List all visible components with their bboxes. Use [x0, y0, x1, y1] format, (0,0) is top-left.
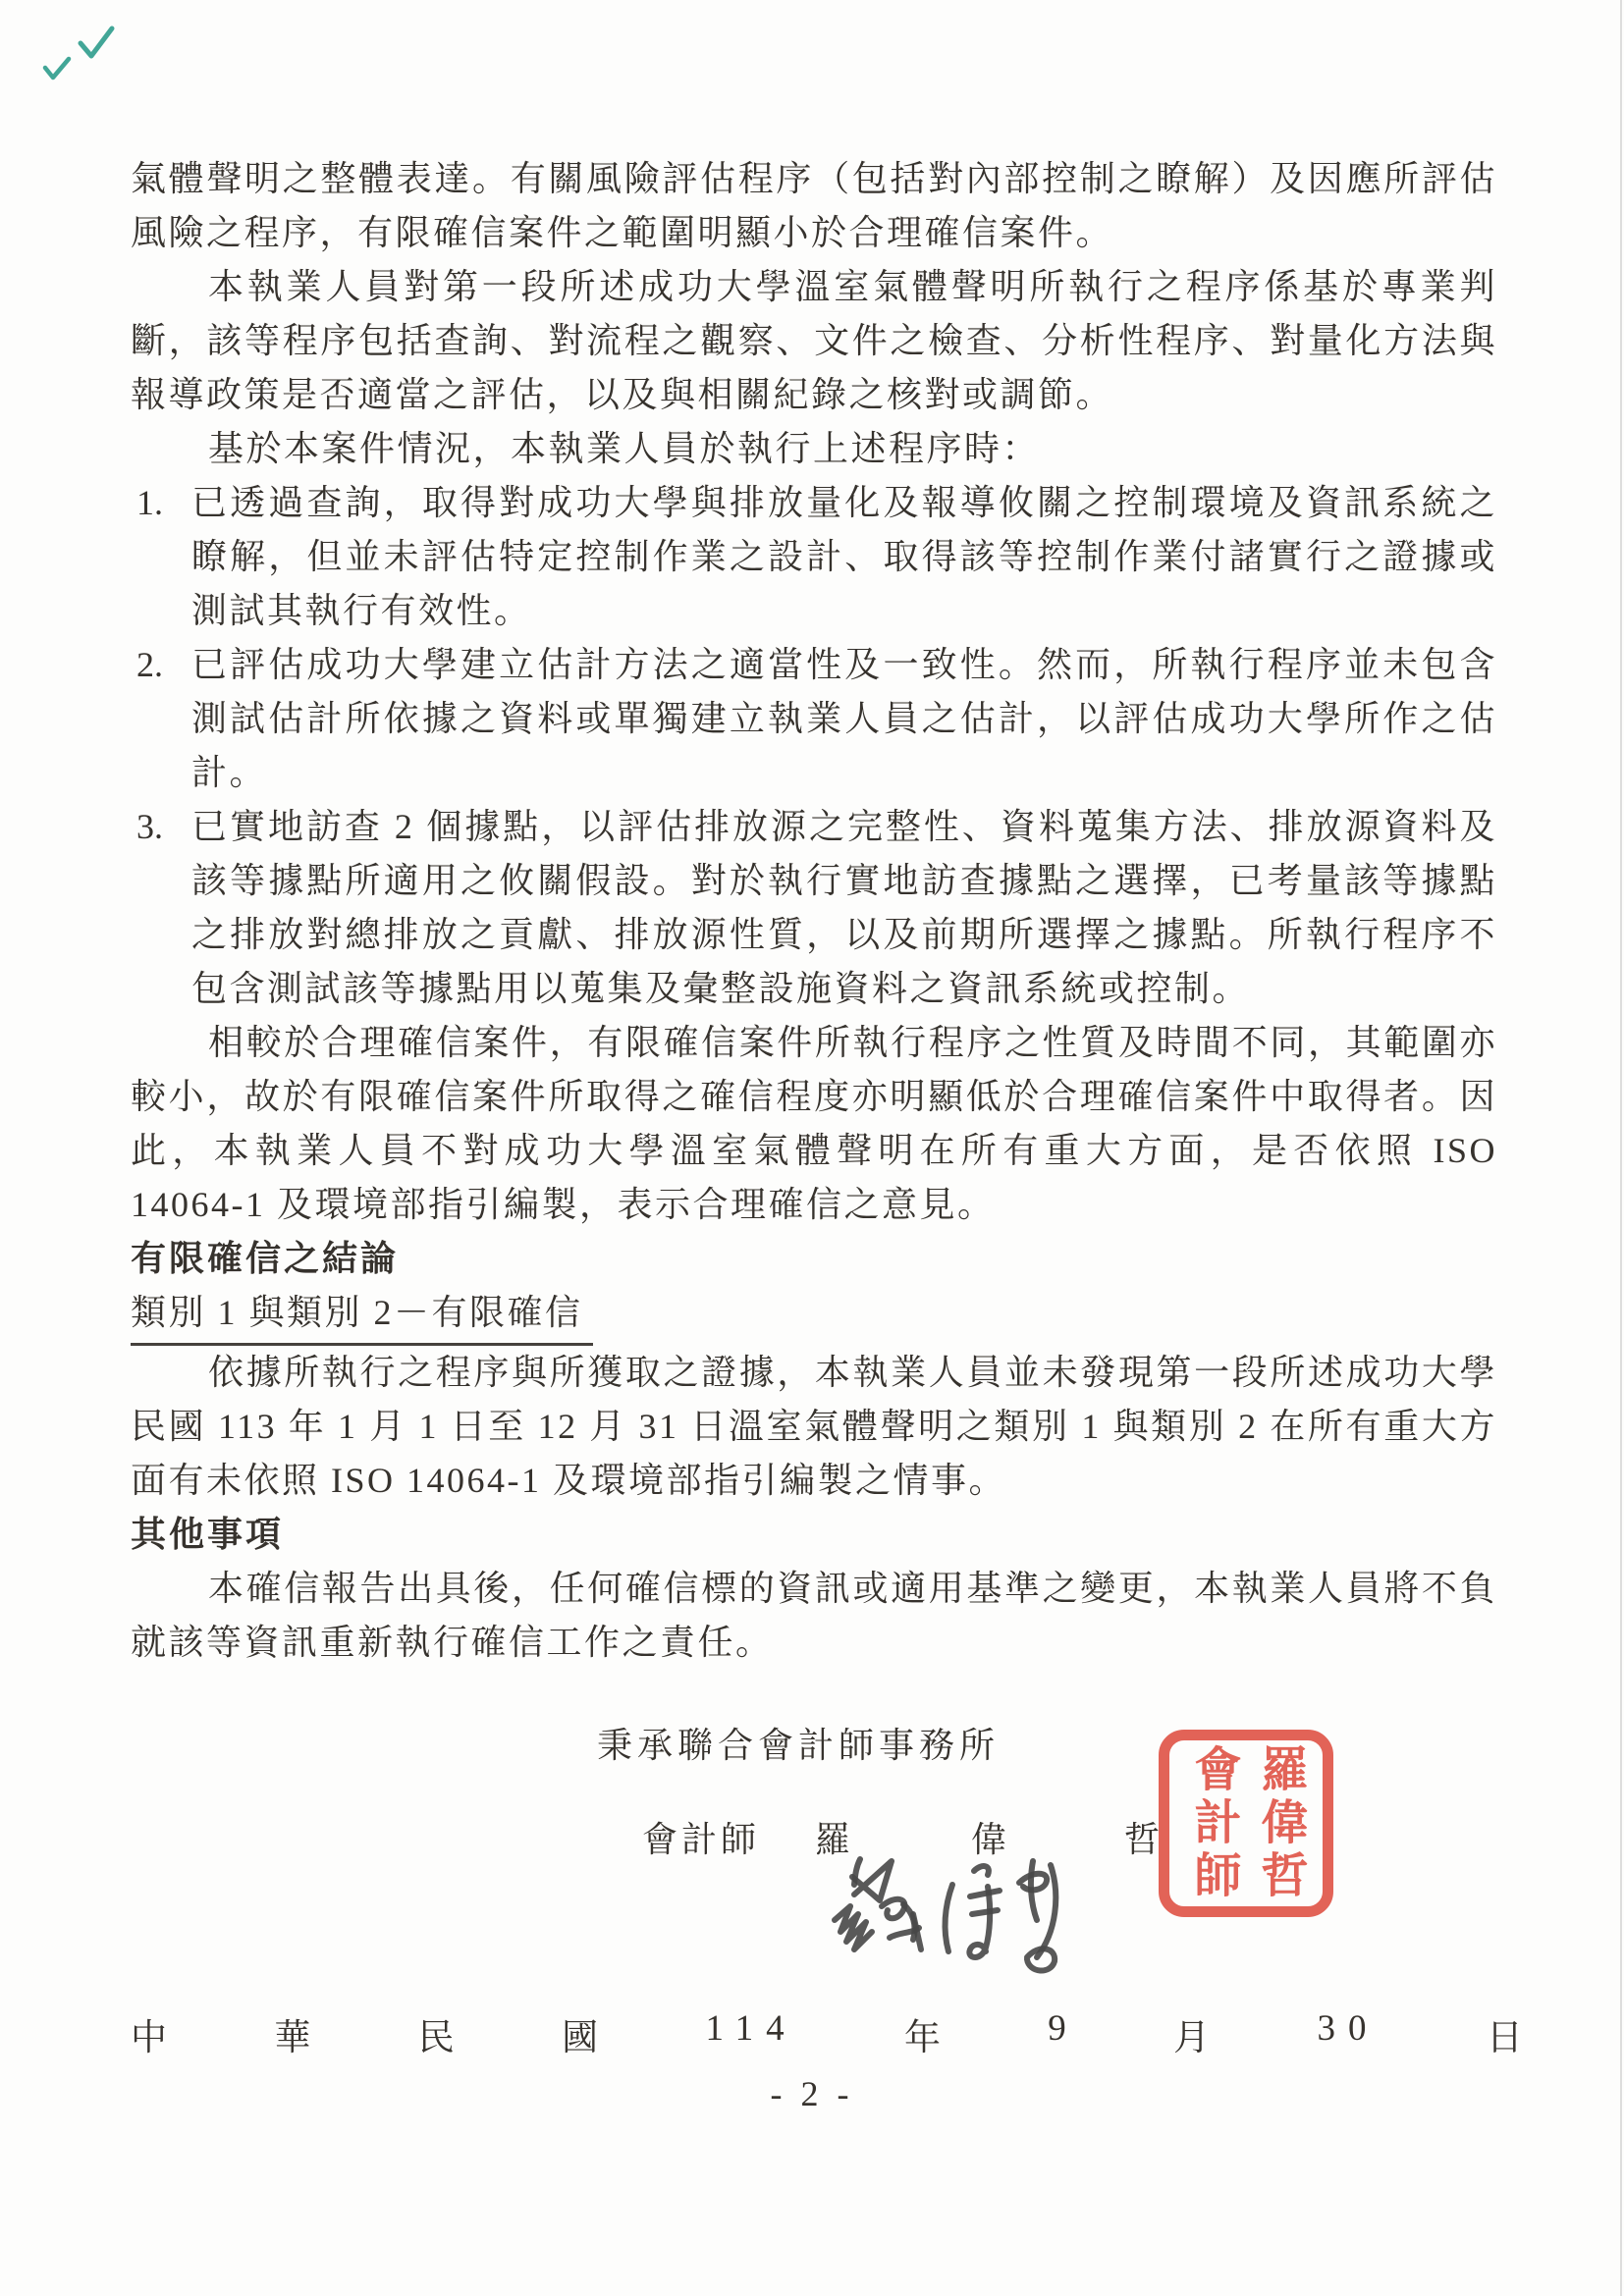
paragraph-other-matters: 本確信報告出具後，任何確信標的資訊或適用基準之變更，本執業人員將不負就該等資訊重… — [131, 1562, 1497, 1670]
document-page: 氣體聲明之整體表達。有關風險評估程序（包括對內部控制之瞭解）及因應所評估風險之程… — [0, 0, 1624, 2296]
paragraph-procedures-basis: 本執業人員對第一段所述成功大學溫室氣體聲明所執行之程序係基於專業判斷，該等程序包… — [131, 260, 1497, 422]
list-marker: 3. — [136, 800, 163, 854]
list-item: 2. 已評估成功大學建立估計方法之適當性及一致性。然而，所執行程序並未包含測試估… — [131, 638, 1497, 800]
handwritten-signature — [827, 1855, 1072, 1978]
page-number: - 2 - — [0, 2073, 1624, 2114]
cpa-name-char: 哲 — [1124, 1820, 1160, 1859]
scan-edge-artifact — [1620, 0, 1622, 2296]
list-item: 1. 已透過查詢，取得對成功大學與排放量化及報導攸關之控制環境及資訊系統之瞭解，… — [131, 476, 1497, 638]
list-item-text: 已透過查詢，取得對成功大學與排放量化及報導攸關之控制環境及資訊系統之瞭解，但並未… — [191, 483, 1497, 630]
firm-name: 秉承聯合會計師事務所 — [597, 1718, 1000, 1768]
date-part: 民 — [418, 2007, 455, 2060]
annotation-check-icon — [41, 55, 73, 82]
list-item-text: 已實地訪查 2 個據點，以評估排放源之完整性、資料蒐集方法、排放源資料及該等據點… — [191, 807, 1497, 1008]
date-part: 國 — [562, 2007, 598, 2060]
date-part: 日 — [1487, 2007, 1523, 2060]
seal-column-right: 羅偉哲 — [1256, 1744, 1303, 1903]
heading-category-line: 類別 1 與類別 2－有限確信 — [131, 1286, 1497, 1346]
seal-column-left: 會計師 — [1189, 1744, 1236, 1903]
list-item: 3. 已實地訪查 2 個據點，以評估排放源之完整性、資料蒐集方法、排放源資料及該… — [131, 800, 1497, 1016]
list-marker: 2. — [136, 638, 163, 692]
heading-other-matters: 其他事項 — [131, 1508, 1497, 1562]
cpa-name-char: 羅 — [815, 1820, 850, 1859]
heading-category-underlined: 類別 1 與類別 2－有限確信 — [131, 1286, 593, 1346]
cpa-name-char: 偉 — [971, 1820, 1006, 1859]
report-body: 氣體聲明之整體表達。有關風險評估程序（包括對內部控制之瞭解）及因應所評估風險之程… — [131, 152, 1497, 1670]
paragraph-conclusion-statement: 依據所執行之程序與所獲取之證據，本執業人員並未發現第一段所述成功大學民國 113… — [131, 1346, 1497, 1508]
date-year: 114 — [705, 2007, 796, 2060]
date-part: 月 — [1173, 2007, 1210, 2060]
paragraph-risk-continuation: 氣體聲明之整體表達。有關風險評估程序（包括對內部控制之瞭解）及因應所評估風險之程… — [131, 152, 1497, 260]
date-part: 華 — [274, 2007, 310, 2060]
date-part: 年 — [904, 2007, 941, 2060]
list-item-text: 已評估成功大學建立估計方法之適當性及一致性。然而，所執行程序並未包含測試估計所依… — [191, 645, 1497, 792]
paragraph-case-circumstances: 基於本案件情況，本執業人員於執行上述程序時： — [131, 422, 1497, 476]
annotation-check-icon — [75, 24, 118, 63]
date-part: 中 — [131, 2007, 167, 2060]
date-day: 30 — [1318, 2007, 1380, 2060]
date-month: 9 — [1048, 2007, 1066, 2060]
heading-limited-assurance-conclusion: 有限確信之結論 — [131, 1232, 1497, 1286]
cpa-seal-stamp: 會計師 羅偉哲 — [1159, 1730, 1333, 1917]
list-marker: 1. — [136, 476, 163, 530]
cpa-title: 會計師 — [642, 1820, 760, 1859]
date-line: 中 華 民 國 114 年 9 月 30 日 — [131, 2007, 1523, 2060]
paragraph-comparison: 相較於合理確信案件，有限確信案件所執行程序之性質及時間不同，其範圍亦較小，故於有… — [131, 1016, 1497, 1232]
